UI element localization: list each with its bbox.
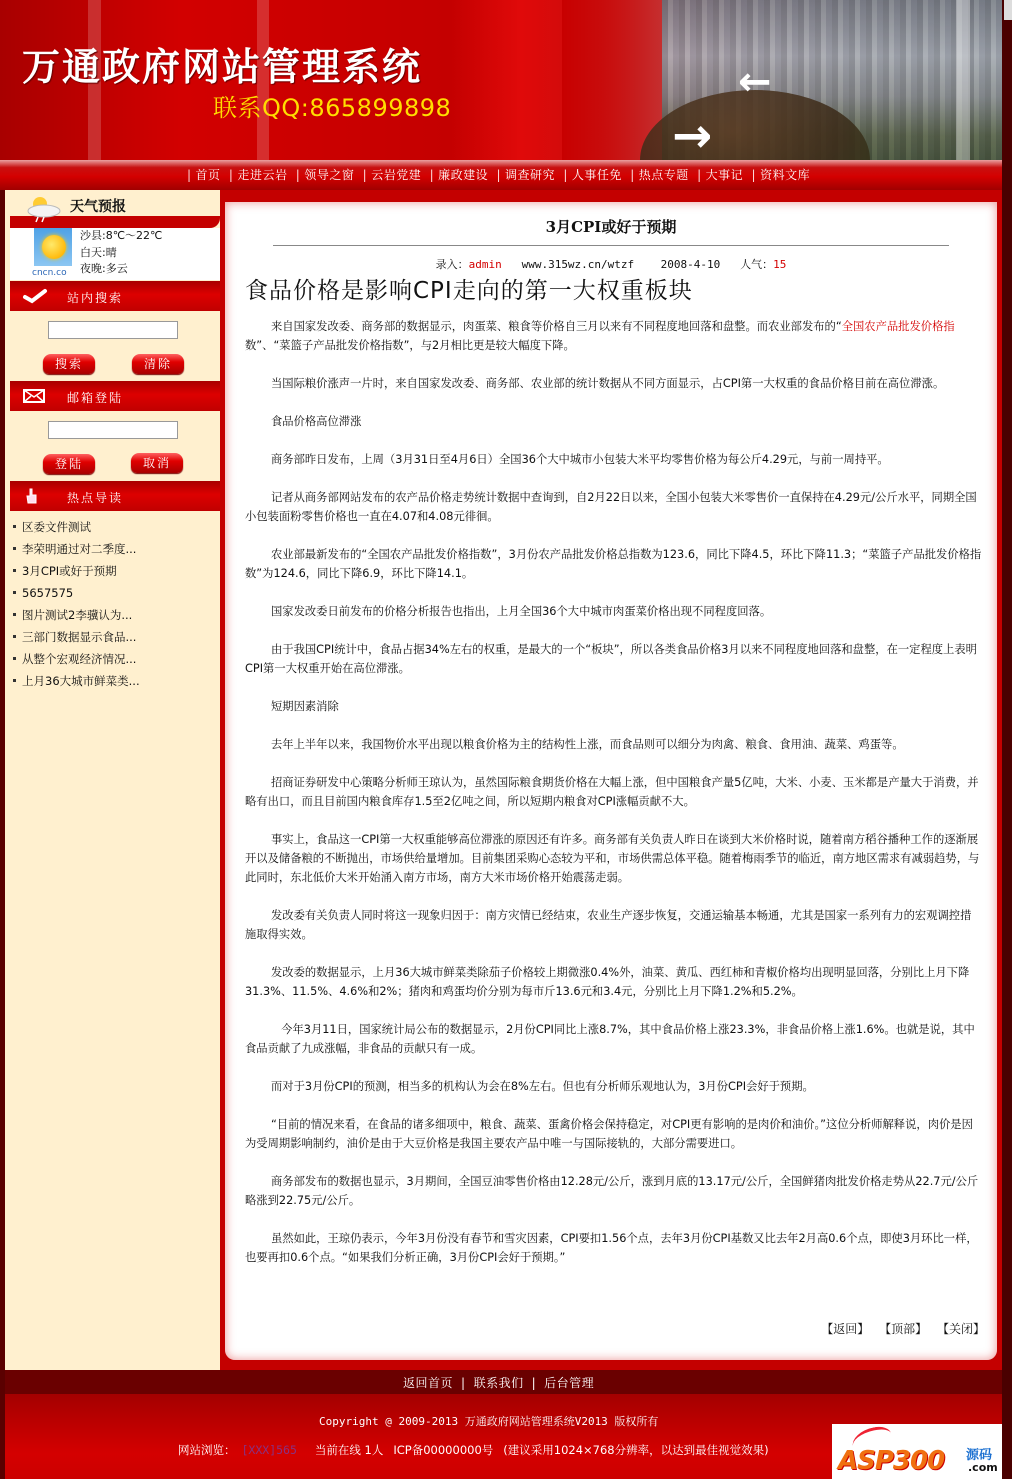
back-link[interactable]: 【返回】 <box>821 1322 869 1336</box>
copyright: Copyright @ 2009-2013 万通政府网站管理系统V2013 版权… <box>319 1413 658 1429</box>
pointing-hand-icon <box>22 488 48 504</box>
icp-number: ICP备00000000号 <box>393 1443 493 1457</box>
logo-domain: .com <box>968 1461 998 1474</box>
close-link[interactable]: 【关闭】 <box>937 1322 985 1336</box>
mail-login-input[interactable] <box>48 421 178 439</box>
nav-separator: | <box>363 168 368 182</box>
article-actions: 【返回】 【顶部】 【关闭】 <box>815 1320 985 1337</box>
nav-separator: | <box>563 168 568 182</box>
nav-item-chronicle[interactable]: 大事记 <box>706 168 744 182</box>
footer-home-link[interactable]: 返回首页 <box>403 1376 453 1390</box>
article-paragraph: 发改委的数据显示，上月36大城市鲜菜类除茄子价格较上期微涨0.4%外，油菜、黄瓜… <box>245 963 982 1001</box>
resolution-note: (建议采用1024×768分辨率，以达到最佳视觉效果) <box>503 1443 768 1457</box>
mail-login-header: 邮箱登陆 <box>10 381 220 411</box>
nav-separator: | <box>697 168 702 182</box>
nav-separator: | <box>630 168 635 182</box>
cancel-button[interactable]: 取消 <box>131 453 183 473</box>
weather-header: 天气预报 <box>10 194 220 228</box>
article-paragraph: 去年上半年以来，我国物价水平出现以粮食价格为主的结构性上涨，而食品则可以细分为肉… <box>245 735 982 754</box>
article-paragraph: 虽然如此，王琼仍表示，今年3月份没有春节和雪灾因素，CPI要扣1.56个点，去年… <box>245 1229 982 1267</box>
weather-city-temp: 沙县:8℃～22℃ <box>80 228 162 245</box>
weather-panel: cncn.co 沙县:8℃～22℃ 白天:晴 夜晚:多云 <box>10 228 220 280</box>
nav-separator: | <box>752 168 757 182</box>
weather-day: 白天:晴 <box>80 245 162 262</box>
article-author: admin <box>469 258 502 271</box>
site-search-input[interactable] <box>48 321 178 339</box>
article-paragraph: 招商证券研发中心策略分析师王琼认为，虽然国际粮食期货价格在大幅上涨，但中国粮食产… <box>245 773 982 811</box>
article-subtitle: 食品价格是影响CPI走向的第一大权重板块 <box>245 272 693 305</box>
article-paragraph: 国家发改委日前发布的价格分析报告也指出，上月全国36个大中城市肉蛋菜价格出现不同… <box>245 602 982 621</box>
sidebar: 天气预报 cncn.co 沙县:8℃～22℃ 白天:晴 夜晚:多云 站内搜索 搜… <box>5 190 220 1370</box>
article-meta: 录入：admin www.315wz.cn/wtzf 2008-4-10 人气：… <box>225 256 997 272</box>
arrow-right-icon: → <box>672 112 712 160</box>
nav-separator: | <box>296 168 301 182</box>
footer-contact-link[interactable]: 联系我们 <box>474 1376 524 1390</box>
main-nav: |首页 |走进云岩 |领导之窗 |云岩党建 |廉政建设 |调查研究 |人事任免 … <box>0 160 1002 190</box>
hot-reading-item[interactable]: 上月36大城市鲜菜类... <box>11 670 216 692</box>
article-paragraph: 当国际粮价涨声一片时，来自国家发改委、商务部、农业部的统计数据从不同方面显示，占… <box>245 374 982 393</box>
search-title: 站内搜索 <box>67 289 123 306</box>
asp300-logo[interactable]: ASP300 源码 .com <box>832 1424 1002 1479</box>
footer-nav: 返回首页|联系我们|后台管理 <box>5 1370 1002 1394</box>
browse-label: 网站浏览： <box>178 1443 236 1457</box>
article-source: www.315wz.cn/wtzf <box>522 258 635 271</box>
nav-item-party[interactable]: 云岩党建 <box>371 168 421 182</box>
nav-item-home[interactable]: 首页 <box>196 168 221 182</box>
article-paragraph: 记者从商务部网站发布的农产品价格走势统计数据中查询到，自2月22日以来，全国小包… <box>245 488 982 526</box>
sunny-icon <box>34 228 72 266</box>
weather-title: 天气预报 <box>70 196 126 216</box>
views-label: 人气： <box>740 258 773 271</box>
hot-reading-item[interactable]: 区委文件测试 <box>11 516 216 538</box>
nav-item-leaders[interactable]: 领导之窗 <box>304 168 354 182</box>
hot-reading-item[interactable]: 李荣明通过对二季度... <box>11 538 216 560</box>
mail-login-title: 邮箱登陆 <box>67 389 123 406</box>
article-date: 2008-4-10 <box>661 258 721 271</box>
article-paragraph: 农业部最新发布的“全国农产品批发价格指数”，3月份农产品批发价格总指数为123.… <box>245 545 982 583</box>
footer-separator: | <box>461 1376 466 1390</box>
site-header: 万通政府网站管理系统 联系QQ:865899898 ← → <box>0 0 1002 160</box>
article-title: 3月CPI或好于预期 <box>225 216 997 237</box>
window-edge <box>1002 0 1012 1479</box>
search-header: 站内搜索 <box>10 281 220 311</box>
article-body: 来自国家发改委、商务部的数据显示，肉蛋菜、粮食等价格自三月以来有不同程度地回落和… <box>245 317 982 1286</box>
article-paragraph: 而对于3月份CPI的预测，相当多的机构认为会在8%左右。但也有分析师乐观地认为，… <box>245 1077 982 1096</box>
hot-reading-item[interactable]: 三部门数据显示食品... <box>11 626 216 648</box>
article-views: 15 <box>773 258 786 271</box>
nav-item-about[interactable]: 走进云岩 <box>237 168 287 182</box>
hot-reading-title: 热点导读 <box>67 489 123 506</box>
hot-reading-list: 区委文件测试 李荣明通过对二季度... 3月CPI或好于预期 5657575 图… <box>11 516 216 692</box>
top-link[interactable]: 【顶部】 <box>879 1322 927 1336</box>
nav-item-library[interactable]: 资料文库 <box>760 168 810 182</box>
login-button[interactable]: 登陆 <box>43 454 95 474</box>
contact-qq: 联系QQ:865899898 <box>213 88 451 123</box>
article-paragraph: “目前的情况来看，在食品的诸多细项中，粮食、蔬菜、蛋禽价格会保持稳定，对CPI更… <box>245 1115 982 1153</box>
nav-item-personnel[interactable]: 人事任免 <box>572 168 622 182</box>
clear-button[interactable]: 清除 <box>132 354 184 374</box>
footer-separator: | <box>532 1376 537 1390</box>
checkmark-icon <box>22 288 48 304</box>
search-button[interactable]: 搜索 <box>43 354 95 374</box>
hot-reading-item[interactable]: 图片测试2李骥认为... <box>11 604 216 626</box>
weather-source: cncn.co <box>32 268 67 278</box>
arrow-left-icon: ← <box>738 62 772 102</box>
site-title: 万通政府网站管理系统 <box>22 36 422 91</box>
article-paragraph: 来自国家发改委、商务部的数据显示，肉蛋菜、粮食等价格自三月以来有不同程度地回落和… <box>245 317 982 355</box>
nav-separator: | <box>229 168 234 182</box>
article-paragraph: 发改委有关负责人同时将这一现象归因于：南方灾情已经结束，农业生产逐步恢复，交通运… <box>245 906 982 944</box>
main-area: 天气预报 cncn.co 沙县:8℃～22℃ 白天:晴 夜晚:多云 站内搜索 搜… <box>5 190 1002 1370</box>
header-stripe <box>956 0 970 160</box>
online-count: 当前在线 1人 <box>315 1443 383 1457</box>
hot-reading-item[interactable]: 从整个宏观经济情况... <box>11 648 216 670</box>
article-section-heading: 食品价格高位滞涨 <box>245 412 982 431</box>
envelope-icon <box>22 388 48 404</box>
article-paragraph: 今年3月11日，国家统计局公布的数据显示，2月份CPI同比上涨8.7%，其中食品… <box>245 1020 982 1058</box>
nav-separator: | <box>430 168 435 182</box>
article-section-heading: 短期因素消除 <box>245 697 982 716</box>
nav-separator: | <box>187 168 192 182</box>
logo-brand: ASP300 <box>838 1446 944 1476</box>
hot-reading-header: 热点导读 <box>10 481 220 511</box>
article-paragraph: 商务部发布的数据也显示，3月期间，全国豆油零售价格由12.28元/公斤，涨到月底… <box>245 1172 982 1210</box>
weather-night: 夜晚:多云 <box>80 261 162 278</box>
nav-item-hot-topics[interactable]: 热点专题 <box>639 168 689 182</box>
browse-counter: [XXX]565 <box>242 1443 297 1457</box>
site-stats: 网站浏览：[XXX]565当前在线 1人ICP备00000000号(建议采用10… <box>178 1442 769 1458</box>
nav-item-research[interactable]: 调查研究 <box>505 168 555 182</box>
nav-item-integrity[interactable]: 廉政建设 <box>438 168 488 182</box>
nav-separator: | <box>496 168 501 182</box>
article: 3月CPI或好于预期 录入：admin www.315wz.cn/wtzf 20… <box>225 202 997 1360</box>
hot-reading-item[interactable]: 3月CPI或好于预期 <box>11 560 216 582</box>
article-paragraph: 商务部昨日发布，上周（3月31日至4月6日）全国36个大中城市小包装大米平均零售… <box>245 450 982 469</box>
footer-admin-link[interactable]: 后台管理 <box>544 1376 594 1390</box>
title-divider <box>273 245 949 246</box>
weather-cloud-icon <box>24 194 64 224</box>
hot-reading-item[interactable]: 5657575 <box>11 582 216 604</box>
price-index-link[interactable]: 全国农产品批发价格指 <box>842 320 955 333</box>
article-paragraph: 由于我国CPI统计中，食品占据34%左右的权重，是最大的一个“板块”，所以各类食… <box>245 640 982 678</box>
author-label: 录入： <box>436 258 469 271</box>
article-paragraph: 事实上，食品这一CPI第一大权重能够高位滞涨的原因还有许多。商务部有关负责人昨日… <box>245 830 982 887</box>
